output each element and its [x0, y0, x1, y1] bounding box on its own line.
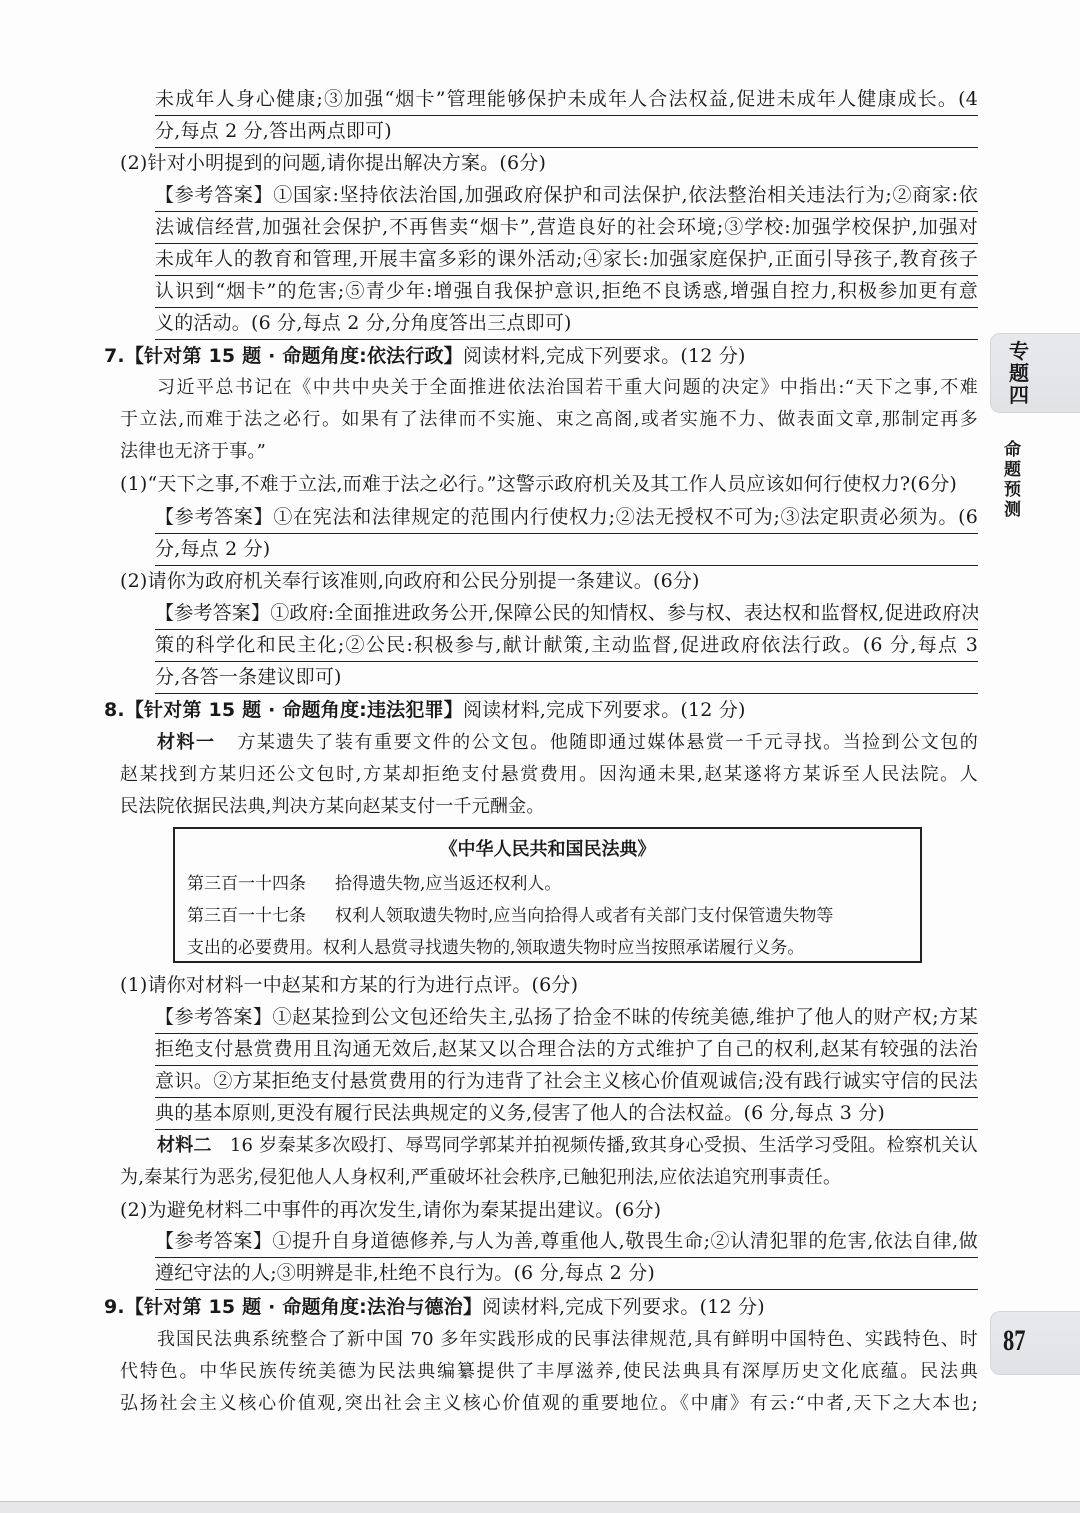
page-number-tab: 87 — [990, 1311, 1080, 1375]
q8-answer1-line: 【参考答案】①赵某捡到公文包还给失主,弘扬了拾金不昧的传统美德,维护了他人的财产… — [155, 1002, 978, 1034]
q6-answer1-line: 未成年人身心健康;③加强“烟卡”管理能够保护未成年人合法权益,促进未成年人健康成… — [155, 84, 978, 116]
law-article: 第三百一十四条拾得遗失物,应当返还权利人。 — [187, 869, 561, 894]
law-article: 第三百一十七条权利人领取遗失物时,应当向拾得人或者有关部门支付保管遗失物等 — [187, 901, 833, 926]
q7-number: 7. — [104, 345, 125, 367]
q7-material-line: 习近平总书记在《中共中央关于全面推进依法治国若干重大问题的决定》中指出:“天下之… — [157, 372, 978, 404]
q8-number: 8. — [104, 699, 125, 721]
q8-material1-line: 材料一 方某遗失了装有重要文件的公文包。他随即通过媒体悬赏一千元寻找。当捡到公文… — [157, 727, 978, 759]
q7-instruction: 阅读材料,完成下列要求。(12 分) — [463, 345, 746, 367]
q8-answer2-line: 【参考答案】①提升自身道德修养,与人为善,尊重他人,敬畏生命;②认清犯罪的危害,… — [155, 1226, 978, 1258]
material1-label: 材料一 — [157, 732, 216, 753]
q9-material-line: 弘扬社会主义核心价值观,突出社会主义核心价值观的重要地位。《中庸》有云:“中者,… — [120, 1388, 978, 1420]
q6-answer2-line: 认识到“烟卡”的危害;⑤青少年:增强自我保护意识,拒绝不良诱惑,增强自控力,积极… — [155, 276, 978, 308]
law-article-continuation: 支出的必要费用。权利人悬赏寻找遗失物的,领取遗失物时应当按照承诺履行义务。 — [187, 933, 804, 958]
law-article-number: 第三百一十四条 — [187, 869, 335, 894]
q7-answer2-line: 策的科学化和民主化;②公民:积极参与,献计献策,主动监督,促进政府依法行政。(6… — [155, 630, 978, 662]
q7-answer2-line: 【参考答案】①政府:全面推进政务公开,保障公民的知情权、参与权、表达权和监督权,… — [155, 598, 978, 630]
q8-tag: 【针对第 15 题 · 命题角度:违法犯罪】 — [125, 699, 463, 721]
q7-sub2-prompt: (2)请你为政府机关奉行该准则,向政府和公民分别提一条建议。(6分) — [120, 565, 700, 597]
q8-sub1-prompt: (1)请你对材料一中赵某和方某的行为进行点评。(6分) — [120, 969, 578, 1001]
q8-material1-line: 赵某找到方某归还公文包时,方某却拒绝支付悬赏费用。因沟通未果,赵某遂将方某诉至人… — [120, 759, 978, 791]
q8-answer1-line: 典的基本原则,更没有履行民法典规定的义务,侵害了他人的合法权益。(6 分,每点 … — [155, 1098, 978, 1130]
q8-answer1-line: 意识。②方某拒绝支付悬赏费用的行为违背了社会主义核心价值观诚信;没有践行诚实守信… — [155, 1066, 978, 1098]
q6-answer2-line: 义的活动。(6 分,每点 2 分,分角度答出三点即可) — [155, 308, 978, 340]
q9-number: 9. — [104, 1296, 125, 1318]
q7-answer1-line: 【参考答案】①在宪法和法律规定的范围内行使权力;②法无授权不可为;③法定职责必须… — [155, 502, 978, 534]
law-box-title: 《中华人民共和国民法典》 — [175, 835, 920, 861]
law-article-number: 第三百一十七条 — [187, 901, 335, 926]
q8-answer1-line: 拒绝支付悬赏费用且沟通无效后,赵某又以合理合法的方式维护了自己的权利,赵某有较强… — [155, 1034, 978, 1066]
q6-answer2-line: 法诚信经营,加强社会保护,不再售卖“烟卡”,营造良好的社会环境;③学校:加强学校… — [155, 212, 978, 244]
bottom-edge-bar — [0, 1501, 1080, 1513]
q8-answer2-line: 遵纪守法的人;③明辨是非,杜绝不良行为。(6 分,每点 2 分) — [155, 1258, 978, 1290]
q7-material-line: 于立法,而难于法之必行。如果有了法律而不实施、束之高阁,或者实施不力、做表面文章… — [120, 404, 978, 436]
page-number: 87 — [1003, 1324, 1026, 1358]
q6-answer2-line: 未成年人的教育和管理,开展丰富多彩的课外活动;④家长:加强家庭保护,正面引导孩子… — [155, 244, 978, 276]
document-page: 未成年人身心健康;③加强“烟卡”管理能够保护未成年人合法权益,促进未成年人健康成… — [0, 0, 1080, 1513]
material2-label: 材料二 — [157, 1135, 212, 1156]
law-article-text: 拾得遗失物,应当返还权利人。 — [335, 874, 561, 894]
topic-tab-label: 专题四 — [1009, 340, 1031, 406]
q6-sub2-prompt: (2)针对小明提到的问题,请你提出解决方案。(6分) — [120, 147, 546, 179]
q8-sub2-prompt: (2)为避免材料二中事件的再次发生,请你为秦某提出建议。(6分) — [120, 1194, 661, 1226]
q9-tag: 【针对第 15 题 · 命题角度:法治与德治】 — [125, 1296, 482, 1318]
q7-tag: 【针对第 15 题 · 命题角度:依法行政】 — [125, 345, 463, 367]
q9-instruction: 阅读材料,完成下列要求。(12 分) — [482, 1296, 765, 1318]
q7-answer1-line: 分,每点 2 分) — [155, 534, 978, 566]
q7-material-line: 法律也无济于事。” — [120, 436, 978, 468]
q6-answer2-line: 【参考答案】①国家:坚持依法治国,加强政府保护和司法保护,依法整治相关违法行为;… — [155, 180, 978, 212]
q8-material2-line: 为,秦某行为恶劣,侵犯他人人身权利,严重破坏社会秩序,已触犯刑法,应依法追究刑事… — [120, 1162, 978, 1194]
q9-material-line: 我国民法典系统整合了新中国 70 多年实践形成的民事法律规范,具有鲜明中国特色、… — [157, 1324, 978, 1356]
topic-tab: 专题四 — [990, 333, 1080, 413]
q6-answer1-line: 分,每点 2 分,答出两点即可) — [155, 116, 978, 148]
q8-instruction: 阅读材料,完成下列要求。(12 分) — [463, 699, 746, 721]
q9-heading: 9.【针对第 15 题 · 命题角度:法治与德治】阅读材料,完成下列要求。(12… — [104, 1291, 765, 1323]
section-side-label: 命题预测 — [1004, 440, 1026, 520]
q9-material-line: 代特色。中华民族传统美德为民法典编纂提供了丰厚滋养,使民法典具有深厚历史文化底蕴… — [120, 1356, 978, 1388]
q7-heading: 7.【针对第 15 题 · 命题角度:依法行政】阅读材料,完成下列要求。(12 … — [104, 340, 746, 372]
q8-material1-line: 民法院依据民法典,判决方某向赵某支付一千元酬金。 — [120, 791, 978, 823]
law-excerpt-box: 《中华人民共和国民法典》 第三百一十四条拾得遗失物,应当返还权利人。 第三百一十… — [173, 827, 922, 963]
q7-sub1-prompt: (1)“天下之事,不难于立法,而难于法之必行。”这警示政府机关及其工作人员应该如… — [120, 468, 957, 500]
q8-material2-line: 材料二 16 岁秦某多次殴打、辱骂同学郭某并拍视频传播,致其身心受损、生活学习受… — [157, 1130, 978, 1162]
q8-heading: 8.【针对第 15 题 · 命题角度:违法犯罪】阅读材料,完成下列要求。(12 … — [104, 694, 746, 726]
q7-answer2-line: 分,各答一条建议即可) — [155, 662, 978, 694]
law-article-text: 权利人领取遗失物时,应当向拾得人或者有关部门支付保管遗失物等 — [335, 906, 833, 926]
